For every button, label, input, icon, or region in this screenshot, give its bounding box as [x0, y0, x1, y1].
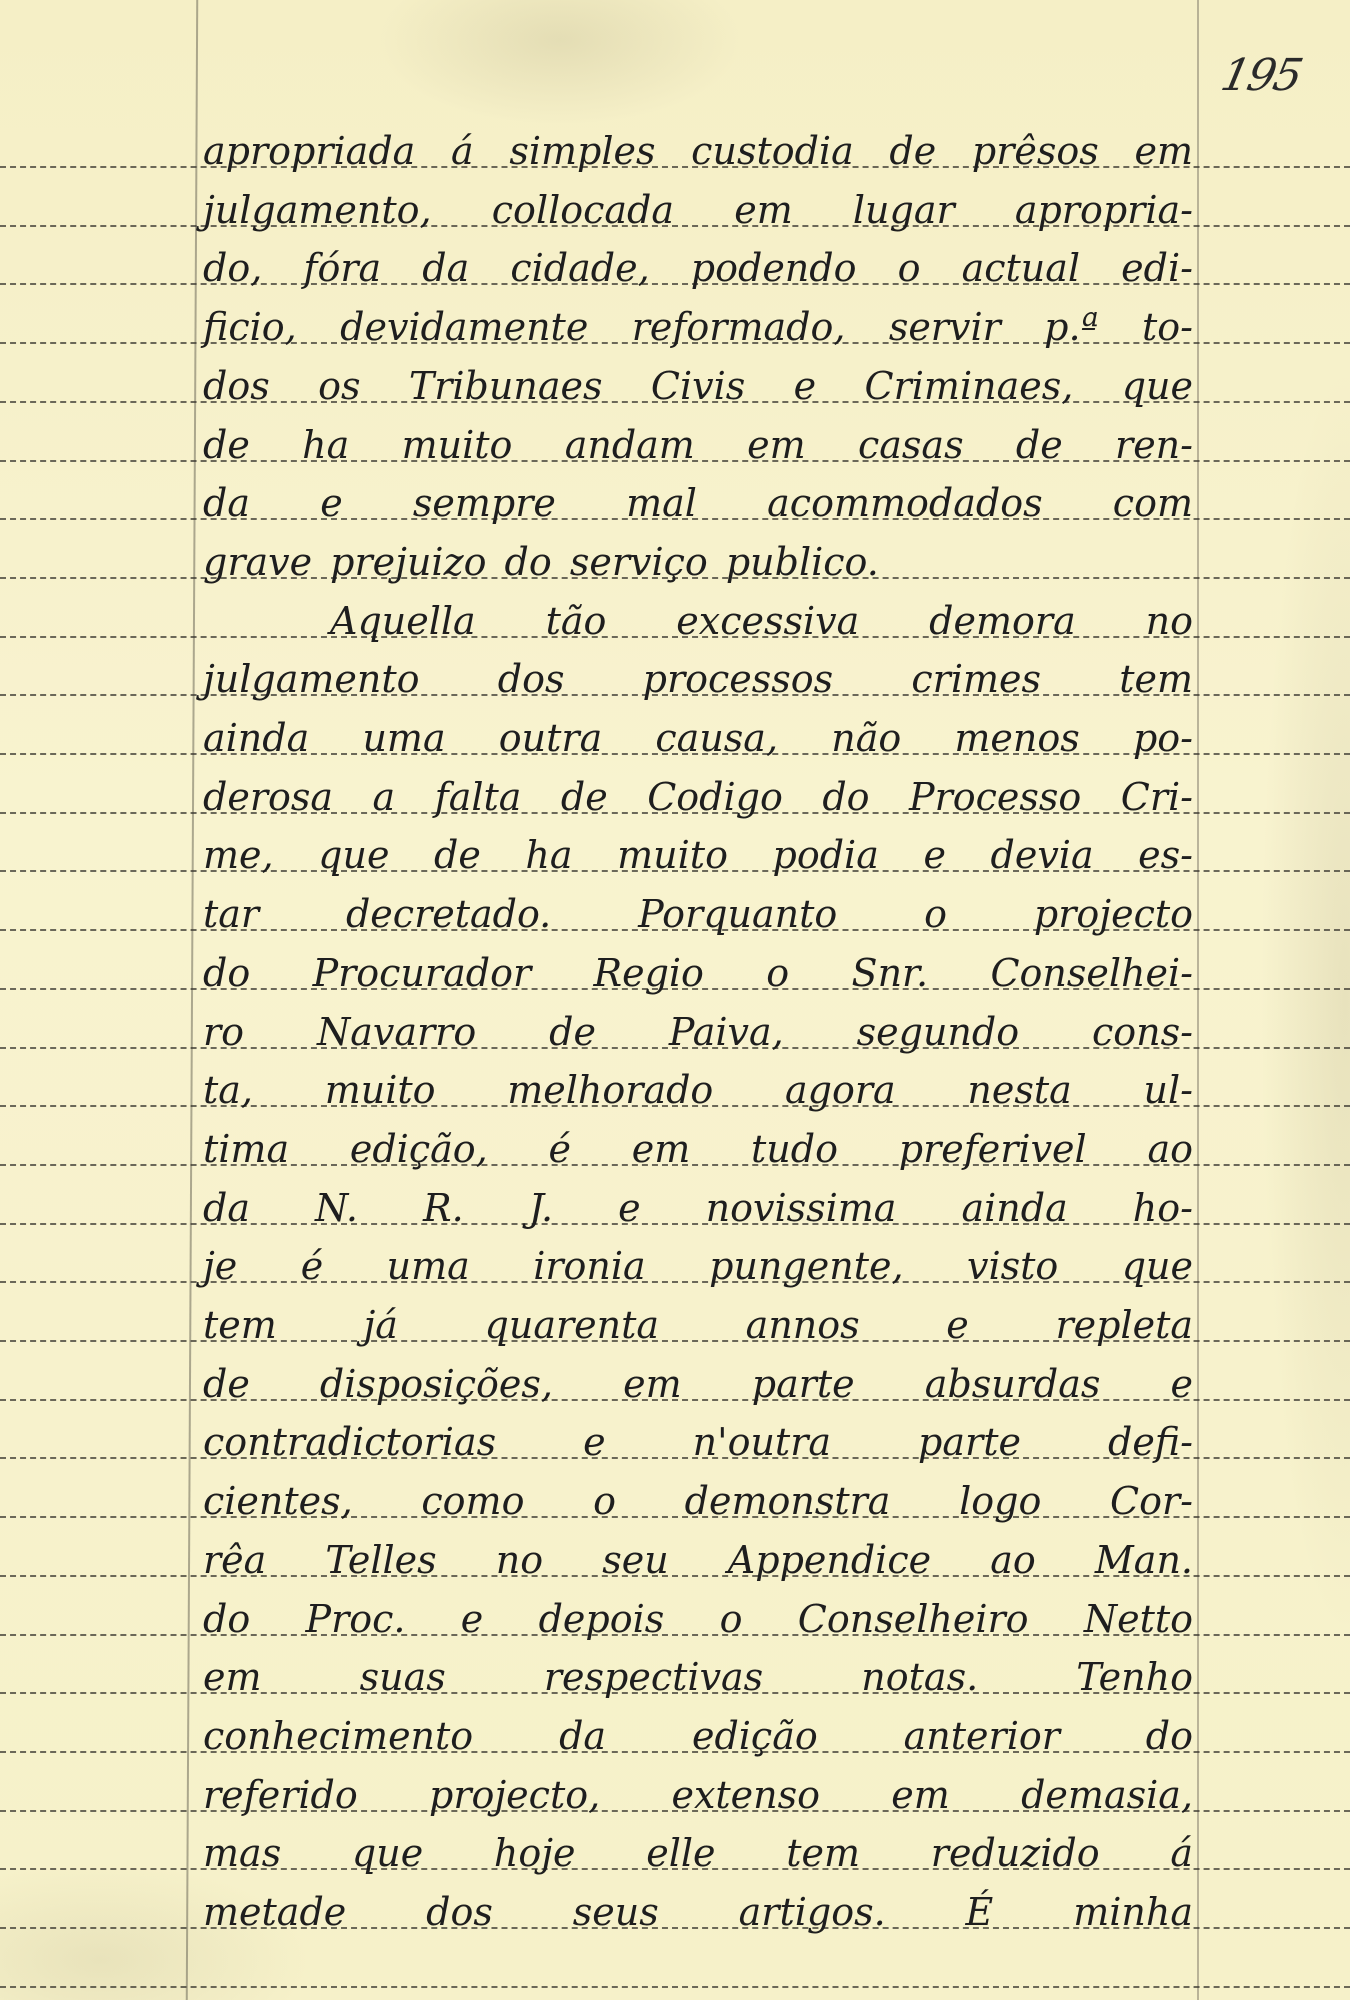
text-line: dos os Tribunaes Civis e Criminaes, que: [203, 363, 1193, 409]
text-line: ficio, devidamente reformado, servir p.ª…: [203, 304, 1193, 350]
text-line: me, que de ha muito podia e devia es-: [203, 832, 1193, 878]
text-line: de disposições, em parte absurdas e: [203, 1361, 1193, 1407]
text-line: do Procurador Regio o Snr. Conselhei-: [203, 950, 1193, 996]
text-line: em suas respectivas notas. Tenho: [203, 1654, 1193, 1700]
text-line: cientes, como o demonstra logo Cor-: [203, 1478, 1193, 1524]
text-line: da e sempre mal acommodados com: [203, 480, 1193, 526]
text-line: derosa a falta de Codigo do Processo Cri…: [203, 774, 1193, 820]
text-line: tem já quarenta annos e repleta: [203, 1302, 1193, 1348]
text-line: referido projecto, extenso em demasia,: [203, 1772, 1193, 1818]
paragraph-start-line: Aquella tão excessiva demora no: [330, 598, 1193, 644]
text-line: do, fóra da cidade, podendo o actual edi…: [203, 245, 1193, 291]
text-line: rêa Telles no seu Appendice ao Man.: [203, 1537, 1193, 1583]
text-line: ainda uma outra causa, não menos po-: [203, 715, 1193, 761]
text-line: je é uma ironia pungente, visto que: [203, 1243, 1193, 1289]
text-line: contradictorias e n'outra parte defi-: [203, 1419, 1193, 1465]
text-line: ta, muito melhorado agora nesta ul-: [203, 1067, 1193, 1113]
text-line: do Proc. e depois o Conselheiro Netto: [203, 1596, 1193, 1642]
text-line: julgamento dos processos crimes tem: [203, 656, 1193, 702]
text-line: grave prejuizo do serviço publico.: [203, 539, 879, 585]
text-line: conhecimento da edição anterior do: [203, 1713, 1193, 1759]
text-line: metade dos seus artigos. É minha: [203, 1889, 1193, 1935]
manuscript-page: 195 apropriada á simples custodia de prê…: [0, 0, 1350, 2000]
text-line: da N. R. J. e novissima ainda ho-: [203, 1185, 1193, 1231]
left-margin-line: [186, 0, 198, 2000]
ruled-line: [0, 1986, 1350, 1988]
text-line: ro Navarro de Paiva, segundo cons-: [203, 1009, 1193, 1055]
text-line: de ha muito andam em casas de ren-: [203, 422, 1193, 468]
page-number: 195: [1217, 50, 1306, 101]
right-margin-line: [1197, 0, 1199, 2000]
text-line: tar decretado. Porquanto o projecto: [203, 891, 1193, 937]
text-line: apropriada á simples custodia de prêsos …: [203, 128, 1193, 174]
text-line: mas que hoje elle tem reduzido á: [203, 1830, 1193, 1876]
text-line: julgamento, collocada em lugar apropria-: [203, 187, 1193, 233]
text-line: tima edição, é em tudo preferivel ao: [203, 1126, 1193, 1172]
